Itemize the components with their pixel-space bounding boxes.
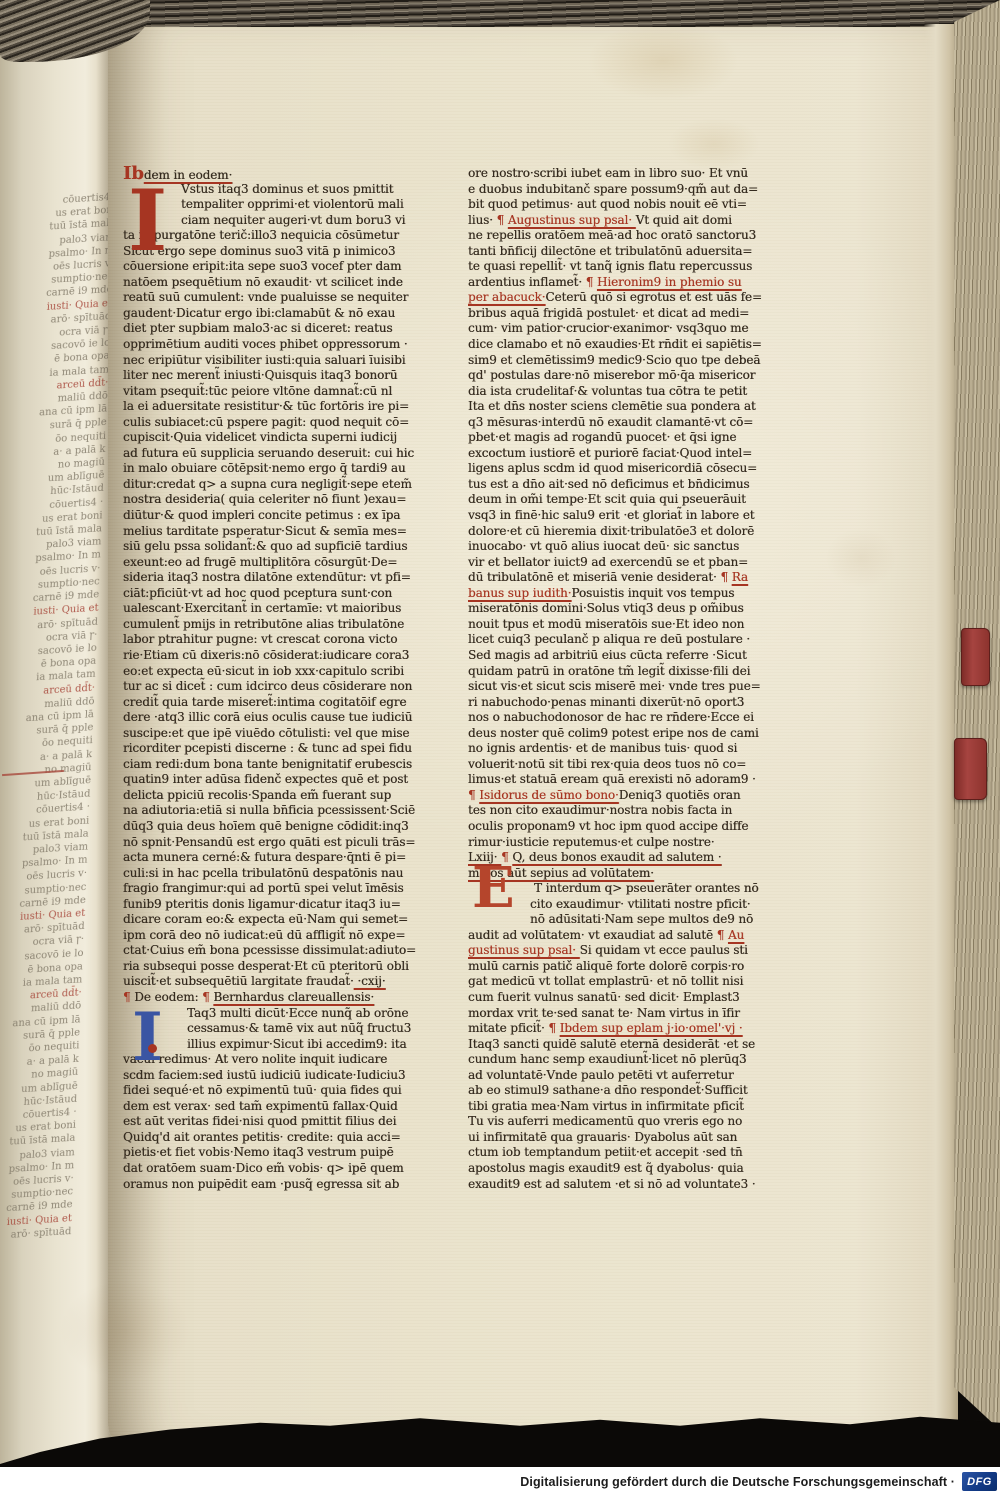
text-line: Taq3 multi dicūt·Ecce nunq̃ ab orōne [123,1006,461,1022]
text-line: cito exaudimur· vtilitati nostre pficit· [468,897,821,913]
text-line: ipm corā deo nō iudicat:eū dū affligit̃ … [123,928,461,944]
text-line: diūtur·& quod impleri concite petimus : … [123,508,461,524]
initial-I-red: I [128,184,167,258]
text-line: ciam nequiter augeri·vt dum boru3 vi [123,213,461,229]
text-line: pbet·et magis ad rogandū puocet· et q̄si… [468,430,821,446]
initial-I-blue: I [132,1008,163,1066]
text-line: quidam patrū in oratōne tm̃ legit̃ dixis… [468,664,821,680]
text-line: est aūt veritas fidei·nisi quod pmittit … [123,1114,461,1130]
right-page-edges [954,0,1000,1430]
top-page-edges [0,0,1000,27]
text-line: audit ad volūtatem· vt exaudiat ad salut… [468,928,821,944]
text-line: opprimētium auditi voces phibet oppresso… [123,337,461,353]
text-line: oculis proponam9 vt hoc ipm quod accipe … [468,819,821,835]
text-column-right: ore nostro·scribi iubet eam in libro suo… [468,166,821,1192]
red-bookmark-tab [954,738,987,800]
text-line: eo:et expecta eū·sicut in iob xxx·capitu… [123,664,461,680]
text-line: vacui redimus· At vero nolite inquit iud… [123,1052,461,1068]
text-line: Ibdem in eodem· [123,166,461,182]
leaf-fore-edge [924,24,958,1432]
text-line: ciam redi:dum bona tante benignitatif er… [123,757,461,773]
digitization-credit-bar: Digitalisierung gefördert durch die Deut… [0,1467,1000,1496]
text-line: ¶ De eodem: ¶ Bernhardus clareuallensis· [123,990,461,1006]
text-line: labor ptrahitur pugne: vt crescat corona… [123,632,461,648]
text-line: e duobus indubitanč spare possum9·qm̃ au… [468,182,821,198]
text-line: ualescant·Exercitant̃ in certamīe: vt ma… [123,601,461,617]
text-line: malos aūt sepius ad volūtatem· [468,866,821,882]
text-line: ad voluntatē·Vnde paulo petēti vt auferr… [468,1068,821,1084]
text-line: ri nabuchodo·penas minanti dixerūt·nō op… [468,695,821,711]
text-line: dolore·et cū hieremia dixit·tribulatōe3 … [468,524,821,540]
text-line: suscipe:et que ipē viuēdo cōtulisti: vel… [123,726,461,742]
text-line: nō adūsitati·Nam sepe multos de9 nō [468,912,821,928]
text-line: no ignis ardentis· et de manibus tuis· q… [468,741,821,757]
text-line: vir et bellator iuict9 ad exercendū se e… [468,555,821,571]
text-line: tur ac si dicet̃ : cum idcirco deus cōsi… [123,679,461,695]
dfg-logo: DFG [962,1472,997,1491]
text-line: mulū carnis patič aliquē forte dolorē co… [468,959,821,975]
text-line: exaudit9 est ad salutem ·et si nō ad vol… [468,1177,821,1193]
text-line: fragio frangimur:qui ad portū spei velut… [123,881,461,897]
initial-E-red: E [472,864,515,913]
text-line: pietis·et fiet vobis·Nemo itaq3 vestrum … [123,1145,461,1161]
text-line: bit quod petimus· aut quod nobis nouit e… [468,197,821,213]
text-line: delicta ppiciū recolis·Spanda em̃ fueran… [123,788,461,804]
text-line: ctum iob temptandum petiit·et accepit ·s… [468,1145,821,1161]
text-line: sicut vis·et sicut scis miserē mei· vnde… [468,679,821,695]
text-line: scdm faciem:sed iustū iudiciū iudicate·I… [123,1068,461,1084]
text-line: ad futura eū supplicia seruando deseruit… [123,446,461,462]
text-line: cundum hanc semp exaudiunt̃·licet nō ple… [468,1052,821,1068]
text-line: quatin9 inter adūsa fidenč expectes quē … [123,772,461,788]
text-line: sim9 et clemētissim9 medic9·Scio quo tpe… [468,353,821,369]
text-line: lius· ¶ Augustinus sup psal· Vt quid ait… [468,213,821,229]
text-line: cessamus·& tamē vix aut nūq̃ fructu3 [123,1021,461,1037]
text-line: tes non cito exaudimur·nostra nobis fact… [468,803,821,819]
red-bookmark-tab [961,628,990,686]
text-line: nos o nabuchodonosor de hac re rn̄dere·E… [468,710,821,726]
text-line: mitate pficit̃· ¶ Ibdem sup eplam j·io·o… [468,1021,821,1037]
text-line: exeunt:eo ad frugē multiplitōra cōsurgūt… [123,555,461,571]
text-line: Tu vis auferri medicamentū quo vreris eg… [468,1114,821,1130]
text-line: in malo obuiare cōtēpsit·nemo ergo q̄ ta… [123,461,461,477]
text-line: Itaq3 sancti quidē salutē eternā desider… [468,1037,821,1053]
text-line: te quasi repellit̃· vt tanq̃ ignis flatu… [468,259,821,275]
parchment-stain [826,528,896,588]
text-line: cumulent̃ pmijs in retributōne alias tri… [123,617,461,633]
text-line: Vstus itaq3 dominus et suos pmittit [123,182,461,198]
text-line: Ita et dn̄s noster sciens clemētie sua p… [468,399,821,415]
text-line: gaudent·Dicatur ergo ibi:clamabūt & nō e… [123,306,461,322]
text-line: natōem psequētium nō exaudit· vt scilice… [123,275,461,291]
text-line: tus est a dn̄o ait·sed nō deficimus et b… [468,477,821,493]
text-line: rie·Etiam cū dixeris:nō cōsiderat:iudica… [123,648,461,664]
text-line: tanti bn̄ficij dilectōne et tribulatōnū … [468,244,821,260]
text-line: acta munera cerné:& futura despare·q̄nti… [123,850,461,866]
text-line: dū tribulatōnē et miseriā venie desidera… [468,570,821,586]
screenshot-root: cōuertis4 ·us erat bonituū īstā malapalo… [0,0,1000,1496]
text-line: dia ista crudelitaf·& voluntas tua cōtra… [468,384,821,400]
text-line: deum in om̃i tempe·Et scit quia qui pseu… [468,492,821,508]
text-line: ricorditer pcepisti discerne : & tunc ad… [123,741,461,757]
text-line: sideria itaq3 nostra dilatōne extendūtur… [123,570,461,586]
text-line: na adiutoria:etiā si nulla bn̄ficia pces… [123,803,461,819]
text-line: dem est verax· sed tam̃ expimentū fallax… [123,1099,461,1115]
text-line: Quidq'd ait orantes petitis· credite: qu… [123,1130,461,1146]
text-line: bribus aquā frigidā postulet· et dicat a… [468,306,821,322]
text-line: rimur·iusticie reputemus·et culpe nostre… [468,835,821,851]
text-line: oramus non puipēdit eam ·pusq̃ egressa s… [123,1177,461,1193]
text-line: reatū suū cumulent: vnde pualuisse se ne… [123,290,461,306]
text-line: mordax vrit te·sed sanat te· Nam virtus … [468,1006,821,1022]
text-line: cupiscit·Quia videlicet vindicta superni… [123,430,461,446]
text-line: dat oratōem suam·Dico em̃ vobis· q> ipē … [123,1161,461,1177]
text-line: ditur:credat q> a supna cura negligit̃·s… [123,477,461,493]
text-column-left: Ibdem in eodem·Vstus itaq3 dominus et su… [123,166,461,1192]
text-line: dere ·atq3 illic corā eius oculis cause … [123,710,461,726]
text-line: culi:si in hac pcella tribulatōnū despat… [123,866,461,882]
text-line: vitam psequit̃:tūc peiore vltōne damnat̃… [123,384,461,400]
text-line: cōuersione eripit:ita sepe suo3 vocef pt… [123,259,461,275]
text-line: funib9 pteritis donis ligamur·dicatur it… [123,897,461,913]
text-line: fidei sequé·et nō expimentū tuū· quia fi… [123,1083,461,1099]
text-line: la ei aduersitate resistitur·& tūc fortō… [123,399,461,415]
initial-ornament-dot [148,1044,157,1053]
text-line: q3 mēsuras·interdū nō exaudit clamantē·v… [468,415,821,431]
text-line: culis subiacet:cū pspere pagit: quod neq… [123,415,461,431]
text-line: melius tarditate psperatur·Sicut & semīa… [123,524,461,540]
text-line: ta in purgatōne terič:illo3 nequicia cōs… [123,228,461,244]
text-line: T interdum q> pseuerāter orantes nō [468,881,821,897]
text-line: nec eripiūtur visibiliter iusti:quia sal… [123,353,461,369]
text-line: liter nec merent̃ iniusti·Quisquis itaq3… [123,368,461,384]
text-line: tibi gratia mea·Nam virtus in infirmitat… [468,1099,821,1115]
text-line: nouit tpus et modū miseratōis sue·Et ide… [468,617,821,633]
text-line: ardentius inflamet̃· ¶ Hieronim9 in phem… [468,275,821,291]
text-line: ctat·Cuius em̃ bona pcessisse dissimulat… [123,943,461,959]
text-line: gat medicū vt tollat emplastrū· et nō to… [468,974,821,990]
text-line: ligens aplus scdm id quod misericordiā c… [468,461,821,477]
text-line: tempaliter opprimi·et violentorū mali [123,197,461,213]
text-line: ui infirmitatē qua grauaris· Dyabolus aū… [468,1130,821,1146]
parchment-stain [588,22,738,100]
text-line: miseratōnis domini·Solus vtiq3 deus p om… [468,601,821,617]
text-line: dice clamabo et nō exaudies·Et rn̄dit ei… [468,337,821,353]
text-line: Sed magis ad arbitriū eius cūcta referre… [468,648,821,664]
text-line: voluerit·notū sit tibi rex·quia deos tuo… [468,757,821,773]
text-line: qd' postulas dare·nō miserebor mō·q̄a mi… [468,368,821,384]
text-line: Sicut ergo sepe dominus suo3 vitā p inim… [123,244,461,260]
text-line: illius expimur·Sicut ibi accedim9: ita [123,1037,461,1053]
text-line: cum fuerit vulnus sanatū· sed dicit· Emp… [468,990,821,1006]
text-line: ciāt:pficiūt·vt ad hoc quod pceptura sun… [123,586,461,602]
text-line: banus sup iudith·Posuistis inquit vos te… [468,586,821,602]
text-line: ¶ Isidorus de sūmo bono·Deniq3 quotiēs o… [468,788,821,804]
text-line: uiscit̃·et subsequētiū largitate fraudat… [123,974,461,990]
text-line: deus noster quē colim9 potest eripe nos … [468,726,821,742]
digitization-credit-text: Digitalisierung gefördert durch die Deut… [520,1475,955,1489]
text-line: limus·et statuā eream quā erexisti nō ad… [468,772,821,788]
parchment-stain [60,1280,190,1380]
text-line: vsq3 in finē·hic salu9 erit ·et gloriat̃… [468,508,821,524]
parchment-stain [668,118,760,170]
text-line: ore nostro·scribi iubet eam in libro suo… [468,166,821,182]
text-line: dūq3 quia deus hoīem quē benigne cōdidit… [123,819,461,835]
text-line: credit̃ quia tarde miseret̃:intima cogit… [123,695,461,711]
text-line: diet pter supbiam malo3·ac si diceret: r… [123,321,461,337]
text-line: cum· vim patior·crucior·exanimor· vsq3qu… [468,321,821,337]
text-line: gustinus sup psal· Si quidam vt ecce pau… [468,943,821,959]
text-line: excoctum iustiorē et puriorē faciat·Quod… [468,446,821,462]
text-line: ne repellis oratōem meā·ad hoc oratō san… [468,228,821,244]
text-line: nō spnit·Pensandū est ergo quāti est pic… [123,835,461,851]
text-line: per abacuck·Ceterū quō si egrotus et est… [468,290,821,306]
text-line: inuocabo· vt quō alius iuocat deū· sic s… [468,539,821,555]
text-line: ria subsequi posse desperat·Et cū pterit… [123,959,461,975]
text-line: ab eo stimul9 sathane·a dn̄o respondet̃·… [468,1083,821,1099]
text-line: siū gelu pssa solidant̃:& quo ad supfici… [123,539,461,555]
text-line: apostolus magis exaudit9 est q̃ dyabolus… [468,1161,821,1177]
book-scan-photo: cōuertis4 ·us erat bonituū īstā malapalo… [0,0,1000,1467]
text-line: licet cuiq3 peculanč p aliqua re deū pos… [468,632,821,648]
text-line: dicare coram eo:& expecta eū·Nam qui sem… [123,912,461,928]
text-line: Lxiij· ¶ Q, deus bonos exaudit ad salute… [468,850,821,866]
text-line: nostra desideria( quia celeriter nō fiun… [123,492,461,508]
